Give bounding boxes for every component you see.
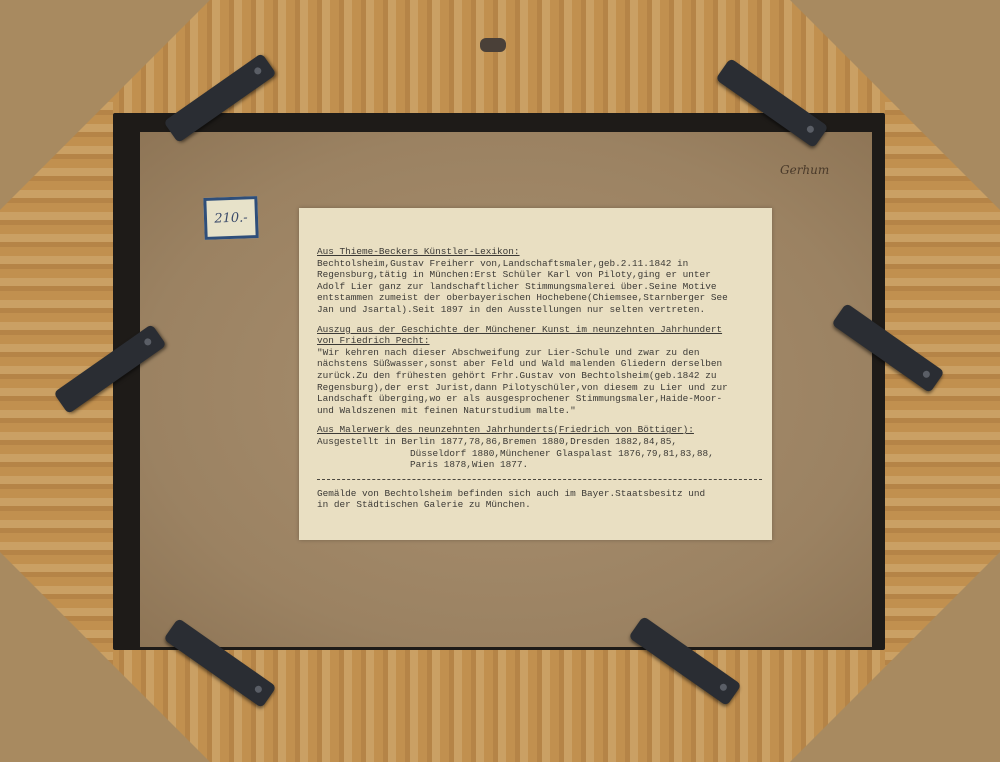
- typed-label: Aus Thieme-Beckers Künstler-Lexikon: Bec…: [299, 208, 772, 540]
- pencil-signature: Gerhum: [780, 163, 829, 177]
- label-divider: [317, 479, 762, 480]
- label-section-pecht: Auszug aus der Geschichte der Münchener …: [317, 324, 762, 417]
- label-section-boettiger: Aus Malerwerk des neunzehnten Jahrhunder…: [317, 424, 762, 470]
- stretcher-frame: 210.- Gerhum Aus Thieme-Beckers Künstler…: [0, 0, 1000, 762]
- label-section-collections: Gemälde von Bechtolsheim befinden sich a…: [317, 488, 762, 511]
- hanging-hook-icon: [480, 38, 506, 52]
- price-tag: 210.-: [203, 196, 258, 240]
- label-section-lexikon: Aus Thieme-Beckers Künstler-Lexikon: Bec…: [317, 246, 762, 316]
